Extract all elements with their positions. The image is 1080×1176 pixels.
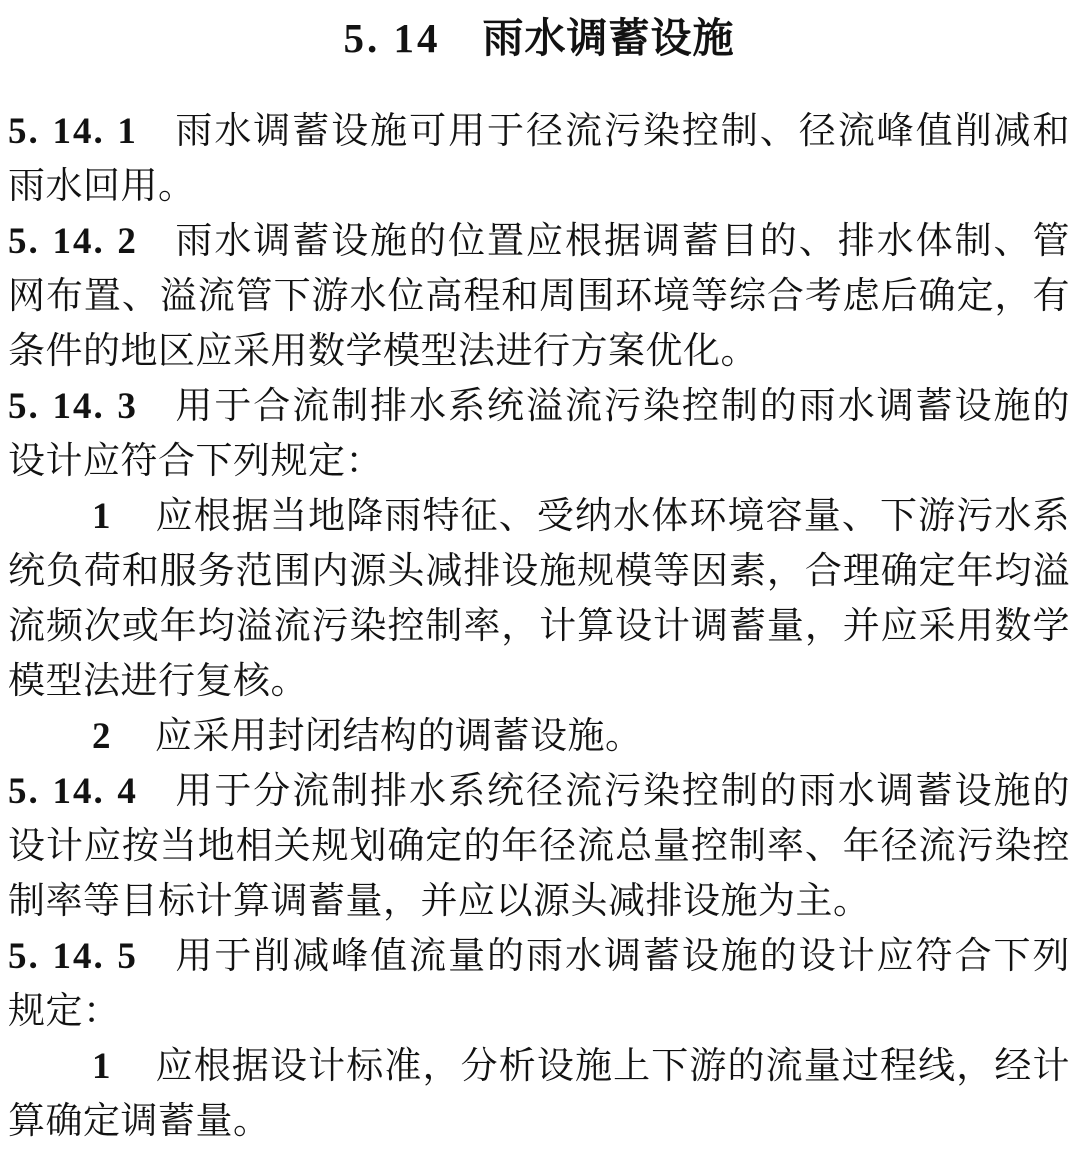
subclause-5-14-5-1: 1应根据设计标准，分析设施上下游的流量过程线，经计算确定调蓄量。 <box>8 1039 1070 1149</box>
clause-5-14-2: 5. 14. 2雨水调蓄设施的位置应根据调蓄目的、排水体制、管网布置、溢流管下游… <box>8 214 1070 379</box>
document-page: 5. 14雨水调蓄设施 5. 14. 1雨水调蓄设施可用于径流污染控制、径流峰值… <box>0 0 1080 1149</box>
clause-text: 用于合流制排水系统溢流污染控制的雨水调蓄设施的设计应符合下列规定： <box>8 386 1070 482</box>
clause-text: 用于削减峰值流量的雨水调蓄设施的设计应符合下列规定： <box>8 936 1070 1032</box>
clause-number: 5. 14. 1 <box>8 111 138 152</box>
clause-text: 雨水调蓄设施的位置应根据调蓄目的、排水体制、管网布置、溢流管下游水位高程和周围环… <box>8 221 1070 372</box>
clause-number: 5. 14. 5 <box>8 936 138 977</box>
subclause-number: 1 <box>92 496 111 537</box>
clause-number: 5. 14. 4 <box>8 771 138 812</box>
clause-5-14-1: 5. 14. 1雨水调蓄设施可用于径流污染控制、径流峰值削减和雨水回用。 <box>8 104 1070 214</box>
subclause-5-14-3-2: 2应采用封闭结构的调蓄设施。 <box>8 709 1070 764</box>
subclause-number: 2 <box>92 716 111 757</box>
clause-5-14-4: 5. 14. 4用于分流制排水系统径流污染控制的雨水调蓄设施的设计应按当地相关规… <box>8 764 1070 929</box>
clause-5-14-5: 5. 14. 5用于削减峰值流量的雨水调蓄设施的设计应符合下列规定： <box>8 929 1070 1039</box>
section-heading: 5. 14雨水调蓄设施 <box>8 12 1070 64</box>
clause-text: 用于分流制排水系统径流污染控制的雨水调蓄设施的设计应按当地相关规划确定的年径流总… <box>8 771 1070 922</box>
clause-number: 5. 14. 3 <box>8 386 138 427</box>
subclause-text: 应根据当地降雨特征、受纳水体环境容量、下游污水系统负荷和服务范围内源头减排设施规… <box>8 496 1070 702</box>
section-number: 5. 14 <box>344 15 441 61</box>
clause-5-14-3: 5. 14. 3用于合流制排水系统溢流污染控制的雨水调蓄设施的设计应符合下列规定… <box>8 379 1070 489</box>
subclause-text: 应采用封闭结构的调蓄设施。 <box>155 716 643 757</box>
clause-number: 5. 14. 2 <box>8 221 138 262</box>
clause-text: 雨水调蓄设施可用于径流污染控制、径流峰值削减和雨水回用。 <box>8 111 1070 207</box>
subclause-text: 应根据设计标准，分析设施上下游的流量过程线，经计算确定调蓄量。 <box>8 1046 1070 1142</box>
section-title: 雨水调蓄设施 <box>483 15 735 61</box>
subclause-5-14-3-1: 1应根据当地降雨特征、受纳水体环境容量、下游污水系统负荷和服务范围内源头减排设施… <box>8 489 1070 709</box>
subclause-number: 1 <box>92 1046 111 1087</box>
